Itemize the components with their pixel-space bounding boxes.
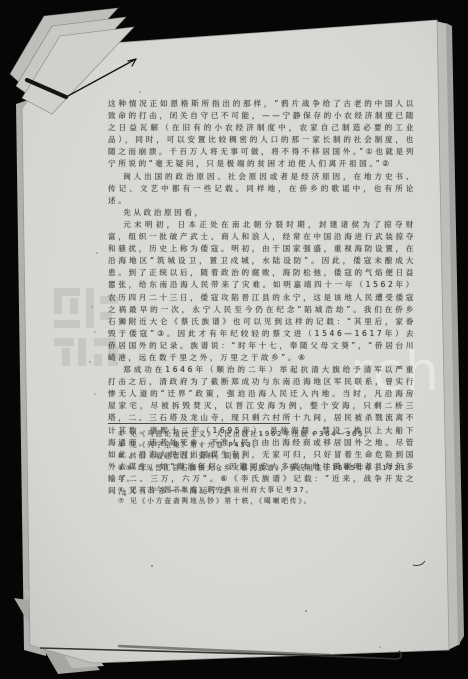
page-number: · 4 · xyxy=(113,489,137,498)
scanned-book-photo: rch 这种情况正如恩格斯所指出的那样，“鸦片战争给了古老 xyxy=(0,0,468,679)
footnote-separator xyxy=(108,423,290,424)
footnotes: ① 见《马恩论殖民主义》人民出版社1962年出版 P364—365。 ② 见《列… xyxy=(118,429,418,507)
footnote: ③ 转引《福建晋江》资料，同前。 xyxy=(118,451,418,462)
paragraph: 元末明初，日本正处在南北朝分裂时期，封建诸侯为了掠夺财富，组织一批破产武士、商人… xyxy=(108,219,416,364)
footnote: ② 见《列宁全集》第十九卷 P453。 xyxy=(118,440,418,451)
paragraph: 这种情况正如恩格斯所指出的那样，“鸦片战争给了古老的中国人以致命的打击，闭关自守… xyxy=(108,98,416,171)
footnote: ⑥ 见《古今图书集成》职方典泉州府大事记考37。 xyxy=(118,485,418,496)
footnote: ① 见《马恩论殖民主义》人民出版社1962年出版 P364—365。 xyxy=(118,429,418,440)
footnote: ④⑤ 均见晋江县石狮镇大仑乡《蔡氏族谱》，蔡氏祖生于1565年卒于1721年。 xyxy=(118,463,418,485)
paragraph: 先从政治原因看， xyxy=(108,207,416,219)
footnote: ⑦ 见《小方壶斋舆地丛钞》第十帙，《噶喇吧传》。 xyxy=(118,496,418,507)
paragraph: 闽人出国的政治原因、社会原因或者是经济原因，在地方史书、传记、文艺中都有一些记载… xyxy=(108,171,416,207)
